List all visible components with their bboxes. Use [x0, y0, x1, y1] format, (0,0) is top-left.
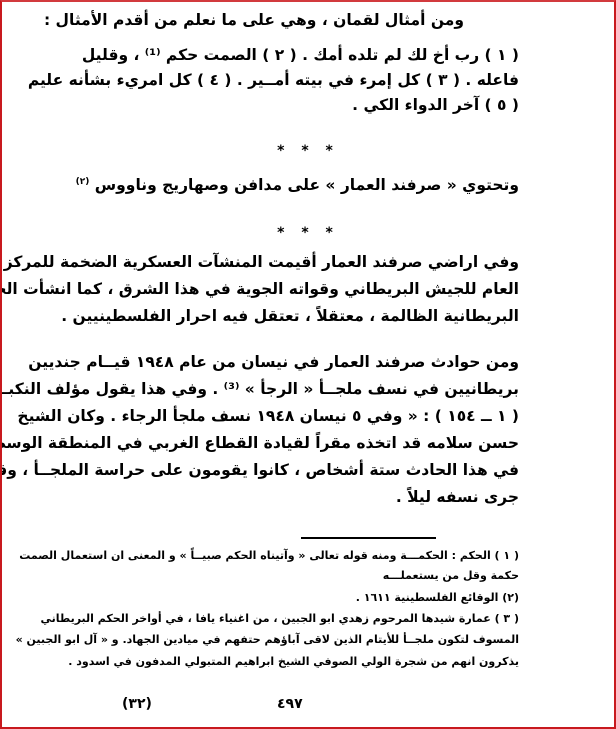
footnote-3-line-2: المسوف لتكون ملجــأ للأيتام الذين لاقى آ… [49, 632, 519, 648]
footnote-ref-2: (٢) [76, 177, 90, 187]
paragraph-2-line-2: بريطانيين في نسف ملجــأ « الرجأ » ⁽³⁾ . … [49, 379, 519, 399]
proverbs-line-2: فاعله . ( ٣ ) كل إمرء في بيته أمــير . (… [104, 70, 519, 90]
proverbs-line-3: ( ٥ ) آخر الدواء الكي . [352, 95, 519, 115]
document-page: ومن أمثال لقمان ، وهي على ما نعلم من أقد… [0, 0, 616, 729]
footnote-3-line-1: ( ٣ ) عمارة شيدها المرحوم زهدي ابو الجبي… [49, 611, 519, 627]
intro-line: ومن أمثال لقمان ، وهي على ما نعلم من أقد… [44, 10, 464, 30]
footnote-separator-rule [301, 537, 436, 539]
contains-text: وتحتوي « صرفند العمار » على مدافن وصهاري… [95, 176, 519, 194]
contains-line: وتحتوي « صرفند العمار » على مدافن وصهاري… [76, 175, 519, 195]
paragraph-1-line-2: العام للجيش البريطاني وقواته الجوية في ه… [49, 279, 519, 299]
section-separator-2: * * * [2, 226, 614, 240]
paragraph-2-line-3: ( ١ ــ ١٥٤ ) : « وفي ٥ نيسان ١٩٤٨ نسف مل… [49, 406, 519, 426]
footnote-3-line-3: يذكرون انهم من شجرة الولي الصوفي الشيخ ا… [68, 654, 519, 670]
paragraph-2-line-4: حسن سلامه قد اتخذه مقراً لقيادة القطاع ا… [49, 433, 519, 453]
paragraph-2-line-1: ومن حوادث صرفند العمار في نيسان من عام ١… [74, 352, 519, 372]
section-separator-1: * * * [2, 144, 614, 158]
page-content: ومن أمثال لقمان ، وهي على ما نعلم من أقد… [2, 2, 614, 727]
page-number: ٤٩٧ [277, 695, 303, 713]
paragraph-2-line-5: في هذا الحادث ستة أشخاص ، كانوا يقومون ع… [49, 460, 519, 480]
section-number: (٣٢) [122, 695, 152, 713]
paragraph-1-line-3: البريطانية الظالمة ، معتقلاً ، تعتقل فيه… [61, 306, 519, 326]
footnote-1-line-2: حكمة وقل من يستعملـــه [383, 568, 519, 584]
paragraph-2-line-6: جرى نسفه ليلاً . [396, 487, 519, 507]
footnote-1-line-1: ( ١ ) الحكم : الحكمـــة ومنه قوله تعالى … [49, 548, 519, 564]
paragraph-1-line-1: وفي اراضي صرفند العمار أقيمت المنشآت الع… [49, 252, 519, 272]
proverbs-line-1: ( ١ ) رب أخ لك لم تلده أمك . ( ٢ ) الصمت… [104, 45, 519, 65]
footnote-2: (٢) الوقائع الفلسطينية ١٦١١ . [356, 590, 519, 606]
